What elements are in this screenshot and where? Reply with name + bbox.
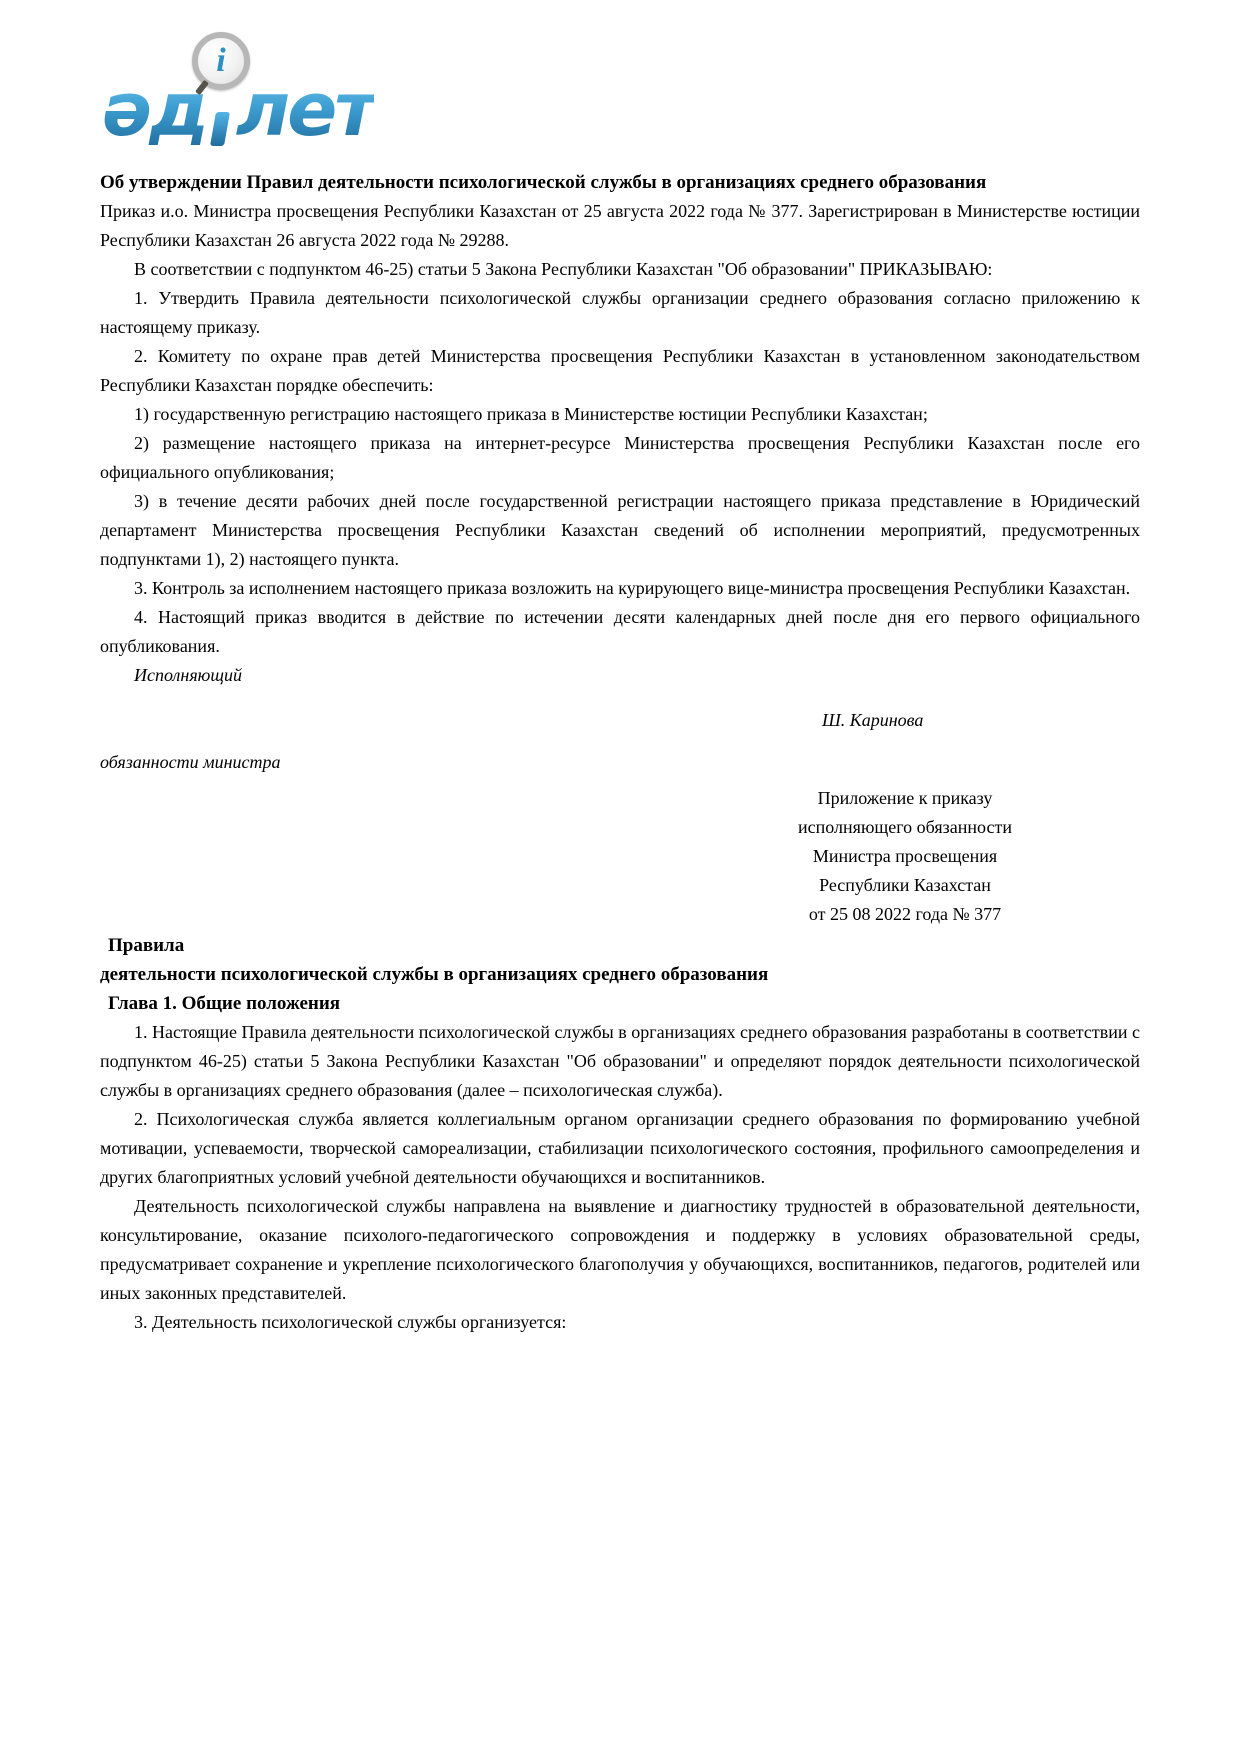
signature-role-line1: Исполняющий xyxy=(100,661,1140,690)
document-page: әд i лет Об утверждении Правил деятельно… xyxy=(0,0,1240,1337)
order-paragraph: 3) в течение десяти рабочих дней после г… xyxy=(100,487,1140,574)
annex-line: Министра просвещения xyxy=(745,842,1065,871)
order-meta: Приказ и.о. Министра просвещения Республ… xyxy=(100,197,1140,255)
annex-line: Приложение к приказу xyxy=(745,784,1065,813)
order-paragraph: В соответствии с подпунктом 46-25) стать… xyxy=(100,255,1140,284)
magnifier-i-glyph: i xyxy=(216,42,225,79)
logo-text-left: әд xyxy=(102,70,206,150)
logo-text-right: лет xyxy=(236,70,374,150)
logo-letter-i-unit: i xyxy=(206,70,236,150)
chapter-heading: Глава 1. Общие положения xyxy=(100,989,1140,1018)
rules-paragraph: 1. Настоящие Правила деятельности психол… xyxy=(100,1018,1140,1105)
signature-role-line2: обязанности министра xyxy=(100,748,1140,777)
order-paragraph: 4. Настоящий приказ вводится в действие … xyxy=(100,603,1140,661)
rules-paragraph: 3. Деятельность психологической службы о… xyxy=(100,1308,1140,1337)
rules-title-line1: Правила xyxy=(100,931,1140,960)
rules-title-line2: деятельности психологической службы в ор… xyxy=(100,960,1140,989)
annex-reference: Приложение к приказу исполняющего обязан… xyxy=(745,784,1065,929)
annex-line: Республики Казахстан xyxy=(745,871,1065,900)
logo-i-stem xyxy=(210,112,230,146)
magnifier-icon: i xyxy=(192,32,250,90)
rules-paragraph: Деятельность психологической службы напр… xyxy=(100,1192,1140,1308)
rules-paragraph: 2. Психологическая служба является колле… xyxy=(100,1105,1140,1192)
order-paragraph: 1) государственную регистрацию настоящег… xyxy=(100,400,1140,429)
order-paragraph: 1. Утвердить Правила деятельности психол… xyxy=(100,284,1140,342)
document-title: Об утверждении Правил деятельности психо… xyxy=(100,168,1050,197)
annex-line: исполняющего обязанности xyxy=(745,813,1065,842)
order-paragraph: 2) размещение настоящего приказа на инте… xyxy=(100,429,1140,487)
order-paragraph: 3. Контроль за исполнением настоящего пр… xyxy=(100,574,1140,603)
annex-line: от 25 08 2022 года № 377 xyxy=(745,900,1065,929)
order-paragraph: 2. Комитету по охране прав детей Министе… xyxy=(100,342,1140,400)
adilet-logo[interactable]: әд i лет xyxy=(102,58,1140,150)
signature-name: Ш. Каринова xyxy=(822,706,1140,735)
